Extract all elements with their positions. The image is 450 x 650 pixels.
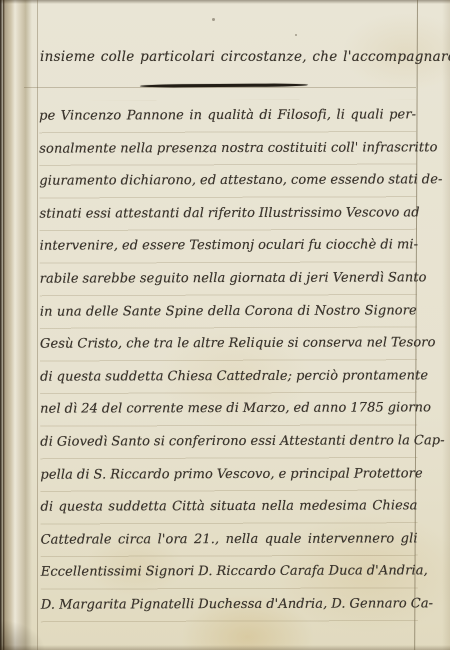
page-right-shadow <box>442 0 450 650</box>
manuscript-line: Gesù Cristo, che tra le altre Reliquie s… <box>40 327 417 361</box>
manuscript-line: Cattedrale circa l'ora 21., nella quale … <box>41 523 418 557</box>
manuscript-line: pella di S. Riccardo primo Vescovo, e pr… <box>40 458 417 492</box>
page-bottom-shadow <box>0 645 450 650</box>
manuscript-line: di questa suddetta Chiesa Cattedrale; pe… <box>40 360 417 394</box>
manuscript-line: pe Vincenzo Pannone in qualità di Filoso… <box>39 99 416 133</box>
manuscript-line: di Giovedì Santo si conferirono essi Att… <box>40 425 417 459</box>
ink-speck <box>212 18 215 21</box>
header-rule-line <box>24 87 416 88</box>
page-top-shadow <box>0 0 450 4</box>
manuscript-line: nel dì 24 del corrente mese di Marzo, ed… <box>40 393 417 427</box>
manuscript-line: Eccellentissimi Signori D. Riccardo Cara… <box>41 556 418 590</box>
manuscript-page-scan: insieme colle particolari circostanze, c… <box>0 0 450 650</box>
manuscript-line: rabile sarebbe seguito nella giornata di… <box>40 262 417 296</box>
manuscript-body: pe Vincenzo Pannone in qualità di Filoso… <box>39 99 418 622</box>
manuscript-line: giuramento dichiarono, ed attestano, com… <box>39 165 416 199</box>
left-margin-rule <box>37 0 38 650</box>
ink-speck <box>295 34 297 36</box>
manuscript-line: stinati essi attestanti dal riferito Ill… <box>39 197 416 231</box>
book-binding-edge <box>0 0 32 650</box>
manuscript-line: in una delle Sante Spine della Corona di… <box>40 295 417 329</box>
manuscript-line: intervenire, ed essere Testimonj oculari… <box>40 230 417 264</box>
manuscript-line: di questa suddetta Città situata nella m… <box>40 490 417 524</box>
manuscript-line: sonalmente nella presenza nostra costitu… <box>39 132 416 166</box>
manuscript-line: D. Margarita Pignatelli Duchessa d'Andri… <box>41 588 418 622</box>
header-continuation-line: insieme colle particolari circostanze, c… <box>40 44 410 70</box>
